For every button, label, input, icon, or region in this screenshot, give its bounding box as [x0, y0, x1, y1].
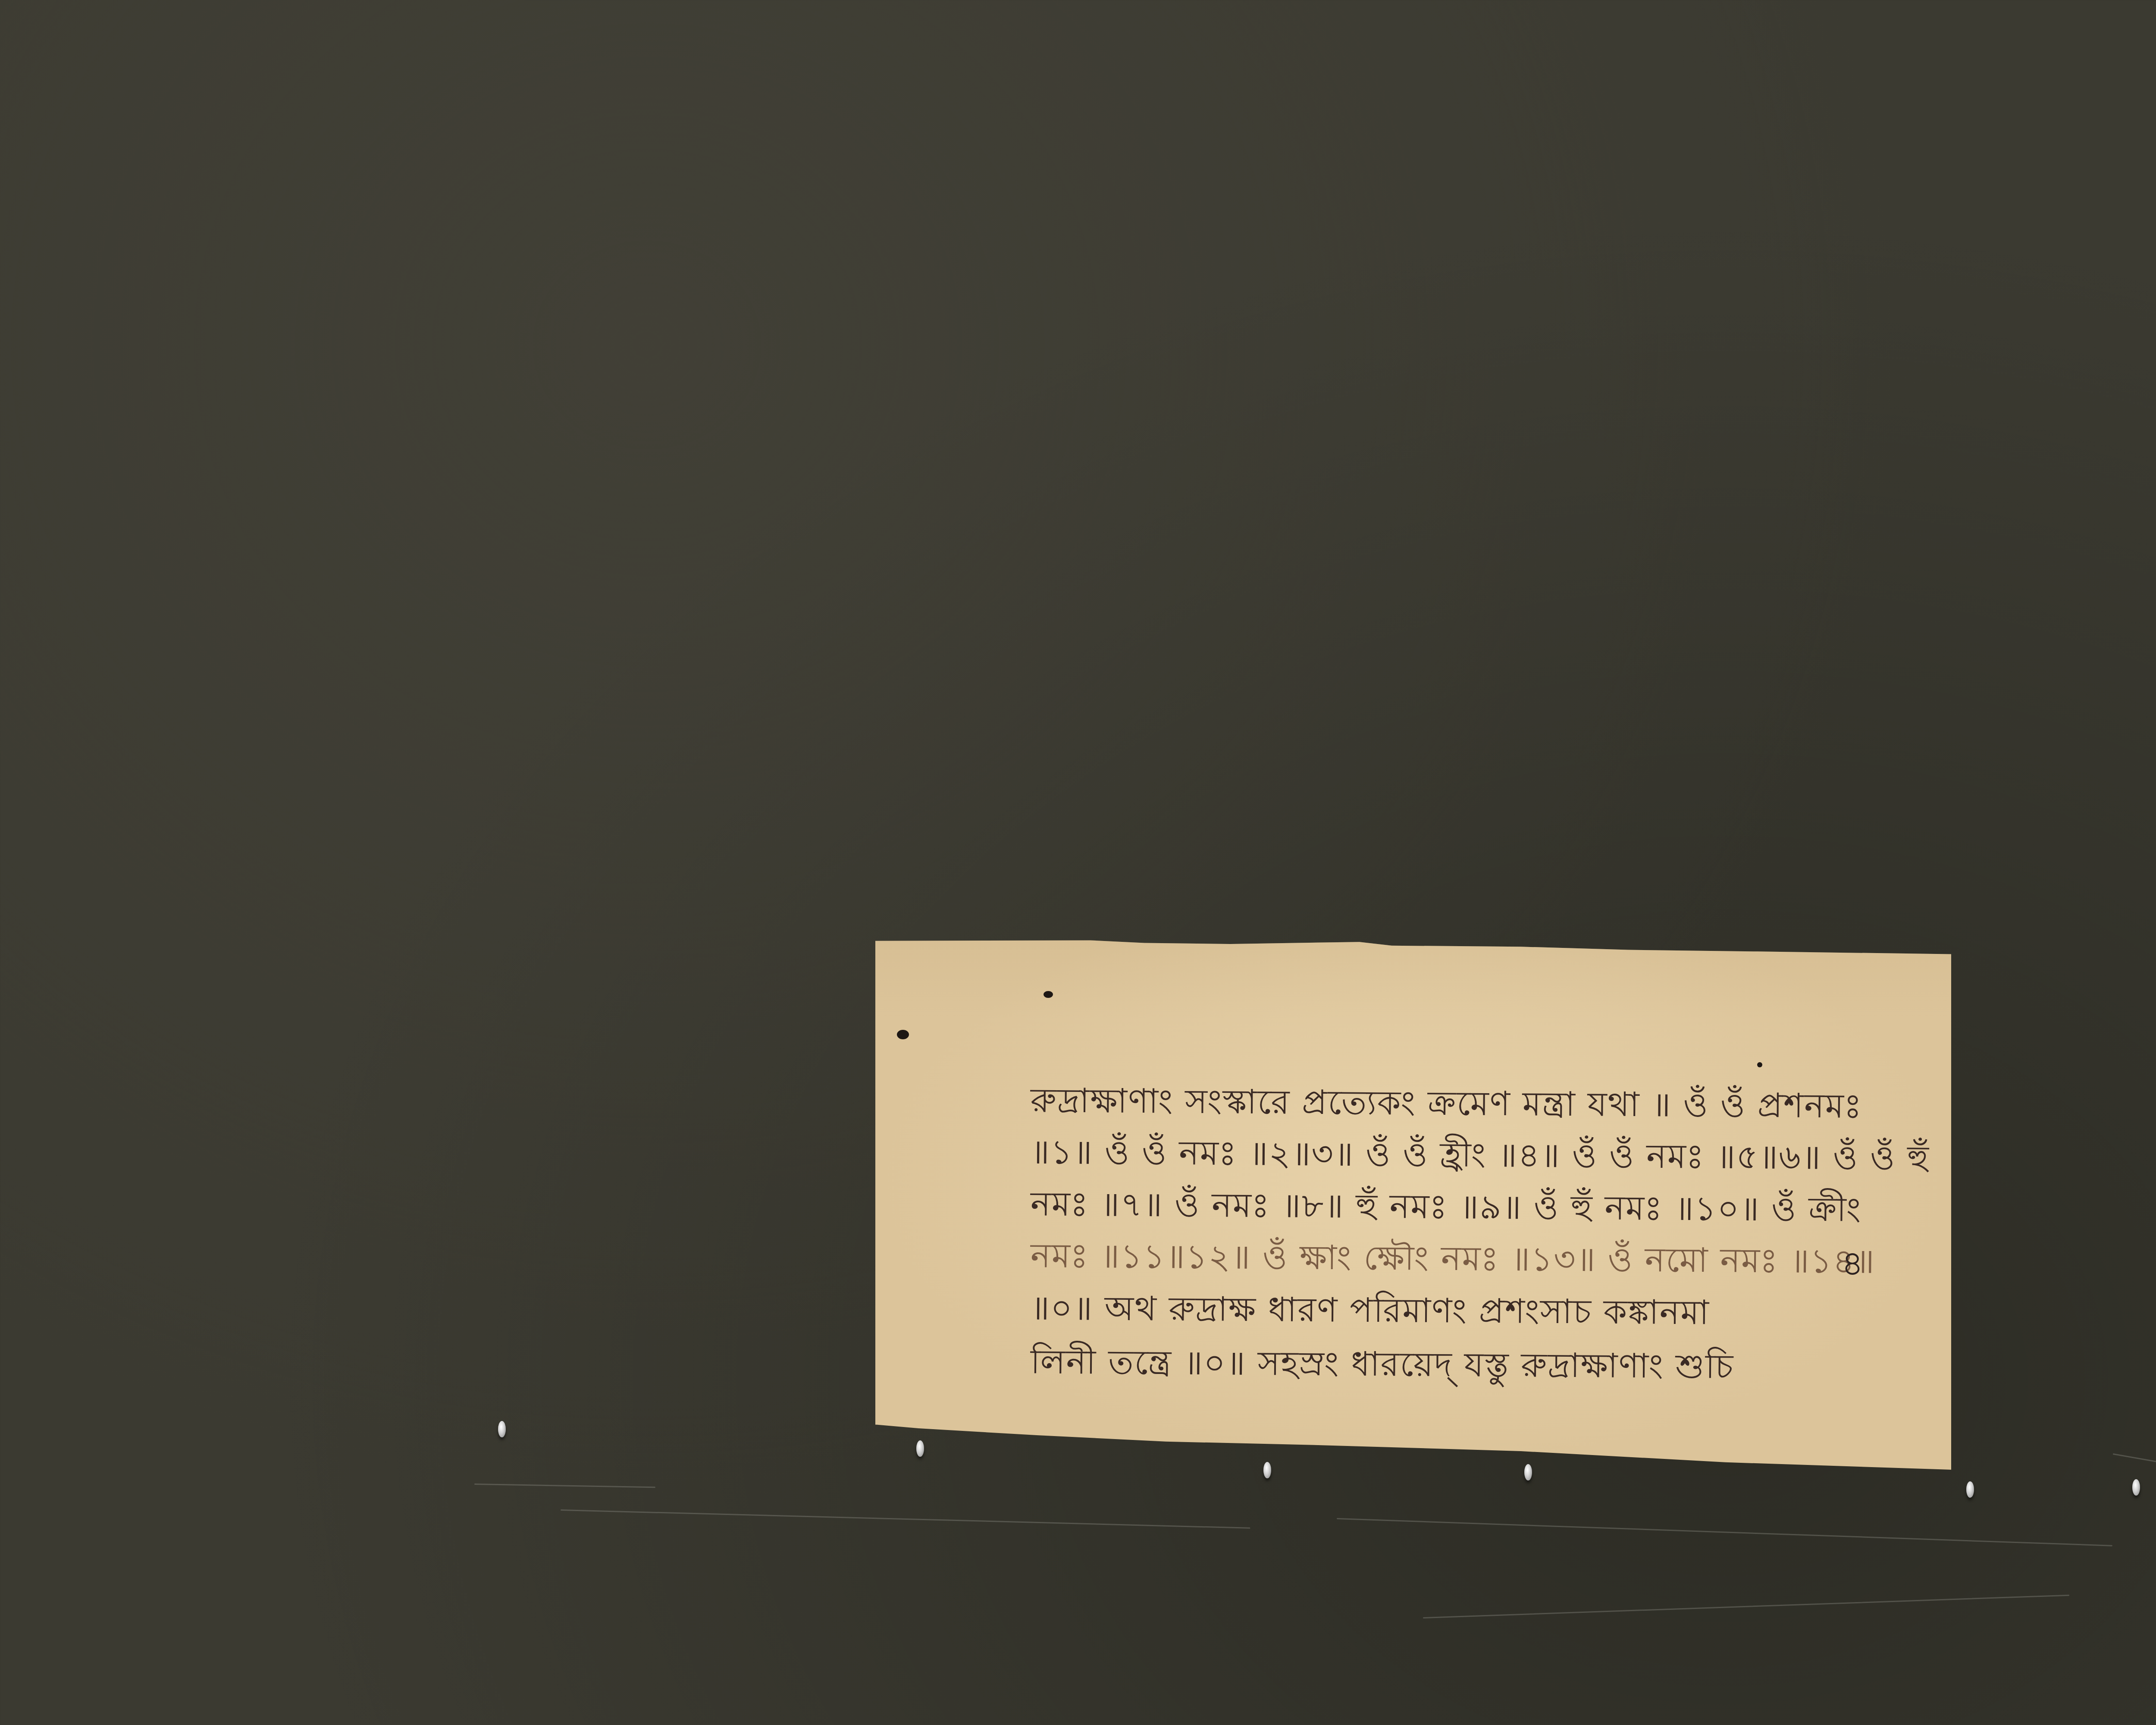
- board-scratch: [561, 1509, 1250, 1529]
- folio-number: ৪: [1841, 1237, 1864, 1295]
- board-scratch: [474, 1483, 655, 1488]
- display-pin: [2132, 1479, 2140, 1496]
- ink-blot: [1044, 991, 1053, 998]
- manuscript-line-4: নমঃ ॥১১॥১২॥ ওঁ ক্ষাং ক্ষৌং নমঃ ॥১৩॥ ওঁ ন…: [1031, 1229, 1876, 1292]
- ink-blot: [897, 1030, 909, 1039]
- manuscript-line-5: ॥০॥ অথ রুদ্রাক্ষ ধারণ পরিমাণং প্রশংসাচ ক…: [1031, 1282, 1710, 1343]
- manuscript-line-6: লিনী তন্ত্রে ॥০॥ সহস্রং ধারয়েদ্ যস্তু র…: [1031, 1336, 1734, 1396]
- dark-display-board: [0, 0, 2156, 1725]
- ink-blot: [1757, 1062, 1762, 1067]
- board-scratch: [2113, 1453, 2156, 1477]
- board-scratch: [1423, 1595, 2069, 1618]
- display-pin: [498, 1421, 506, 1437]
- display-pin: [916, 1440, 924, 1457]
- display-pin: [1263, 1462, 1271, 1478]
- board-scratch: [1337, 1518, 2112, 1546]
- manuscript-leaf: রুদ্রাক্ষাণাং সংস্কারে প্রত্যেকং ক্রমেণ …: [875, 939, 1951, 1470]
- display-pin: [1966, 1481, 1974, 1498]
- display-pin: [1524, 1464, 1532, 1480]
